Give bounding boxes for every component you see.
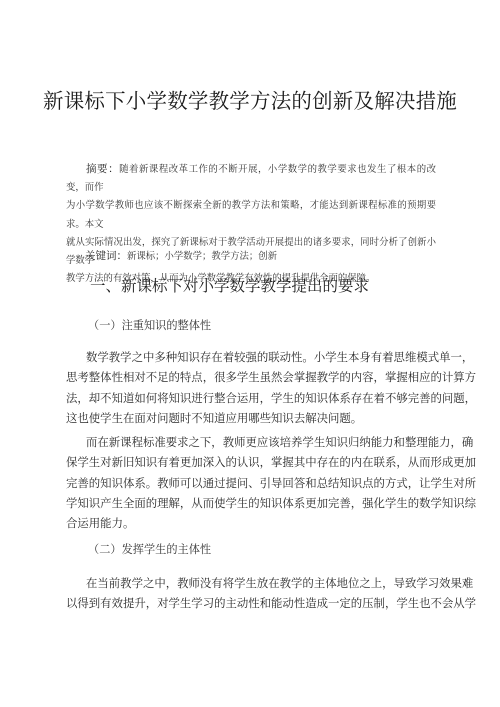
keywords-value: 新课标；小学数学；教学方法；创新 [127, 251, 277, 262]
paragraph-line: 在当前教学之中，教师没有将学生放在教学的主体地位之上，导致学习效果难 [66, 573, 438, 593]
subsection-heading: （一）注重知识的整体性 [88, 318, 211, 334]
paragraph: 数学教学之中多种知识存在着较强的联动性。小学生本身有着思维模式单一， 思考整体性… [66, 347, 438, 428]
document-page: 新课标下小学数学教学方法的创新及解决措施 摘要：随着新课程改革工作的不断开展，小… [0, 0, 500, 707]
paragraph-line: 学知识产生全面的理解，从而使学生的知识体系更加完善，强化学生的数学知识综 [66, 493, 438, 513]
paragraph-line: 法，却不知道如何将知识进行整合运用，学生的知识体系存在着不够完善的问题， [66, 388, 438, 408]
abstract-line: 摘要：随着新课程改革工作的不断开展，小学数学的教学要求也发生了根本的改变，而作 [66, 160, 436, 197]
paragraph: 在当前教学之中，教师没有将学生放在教学的主体地位之上，导致学习效果难 以得到有效… [66, 573, 438, 614]
paragraph-line: 保学生对新旧知识有着更加深入的认识，掌握其中存在的内在联系，从而形成更加 [66, 452, 438, 472]
paragraph-line: 完善的知识体系。教师可以通过提问、引导回答和总结知识点的方式，让学生对所 [66, 473, 438, 493]
paragraph-line: 数学教学之中多种知识存在着较强的联动性。小学生本身有着思维模式单一， [66, 347, 438, 367]
paragraph-line: 而在新课程标准要求之下，教师更应该培养学生知识归纳能力和整理能力，确 [66, 432, 438, 452]
document-title: 新课标下小学数学教学方法的创新及解决措施 [0, 88, 500, 114]
paragraph-line: 这也使学生在面对问题时不知道应用哪些知识去解决问题。 [66, 408, 438, 428]
section-heading: 一、新课标下对小学数学教学提出的要求 [90, 276, 369, 296]
paragraph-line: 思考整体性相对不足的特点，很多学生虽然会掌握教学的内容，掌握相应的计算方 [66, 367, 438, 387]
keywords: 关键词：新课标；小学数学；教学方法；创新 [85, 248, 277, 265]
abstract: 摘要：随着新课程改革工作的不断开展，小学数学的教学要求也发生了根本的改变，而作 … [66, 160, 436, 288]
keywords-label: 关键词： [85, 250, 127, 262]
paragraph-line: 合运用能力。 [66, 513, 438, 533]
paragraph: 而在新课程标准要求之下，教师更应该培养学生知识归纳能力和整理能力，确 保学生对新… [66, 432, 438, 533]
subsection-heading: （二）发挥学生的主体性 [88, 542, 211, 558]
abstract-line: 为小学数学教师也应该不断探索全新的教学方法和策略，才能达到新课程标准的预期要求。… [66, 197, 436, 233]
abstract-text: 随着新课程改革工作的不断开展，小学数学的教学要求也发生了根本的改变，而作 [66, 164, 436, 193]
abstract-label: 摘要： [86, 163, 119, 175]
paragraph-line: 以得到有效提升，对学生学习的主动性和能动性造成一定的压制，学生也不会从学 [66, 593, 438, 613]
